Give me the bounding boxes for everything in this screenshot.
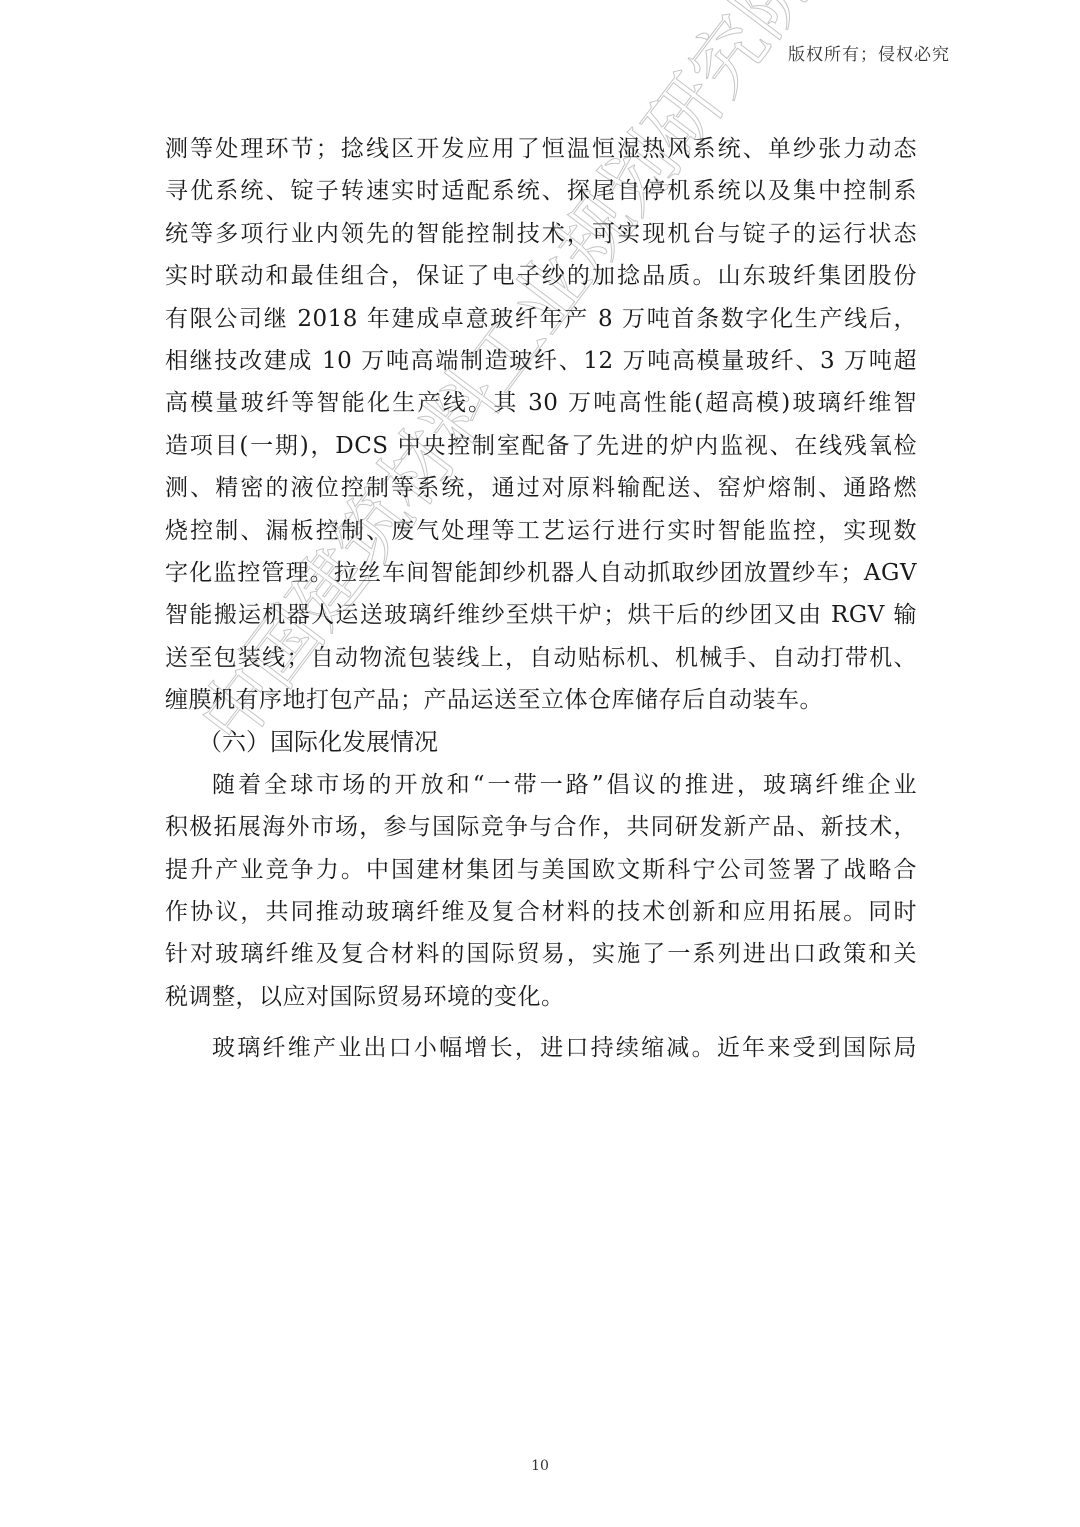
text-line: 送至包装线；自动物流包装线上，自动贴标机、机械手、自动打带机、 [165,637,917,679]
section-heading: （六）国际化发展情况 [165,721,917,763]
text-line: 高模量玻纤等智能化生产线。其 30 万吨高性能(超高模)玻璃纤维智 [165,382,917,424]
copyright-header: 版权所有；侵权必究 [788,40,950,65]
text-line: 智能搬运机器人运送玻璃纤维纱至烘干炉；烘干后的纱团又由 RGV 输 [165,594,917,636]
text-line: 烧控制、漏板控制、废气处理等工艺运行进行实时智能监控，实现数 [165,510,917,552]
text-line: 寻优系统、锭子转速实时适配系统、探尾自停机系统以及集中控制系 [165,170,917,212]
text-line: 测、精密的液位控制等系统，通过对原料输配送、窑炉熔制、通路燃 [165,467,917,509]
paragraph-internationalization: 随着全球市场的开放和“一带一路”倡议的推进，玻璃纤维企业 积极拓展海外市场，参与… [165,764,917,1018]
paragraph-trade: 玻璃纤维产业出口小幅增长，进口持续缩减。近年来受到国际局 [165,1027,917,1069]
text-line: 作协议，共同推动玻璃纤维及复合材料的技术创新和应用拓展。同时 [165,891,917,933]
document-body: 测等处理环节；捻线区开发应用了恒温恒湿热风系统、单纱张力动态 寻优系统、锭子转速… [165,128,917,1070]
text-line: 玻璃纤维产业出口小幅增长，进口持续缩减。近年来受到国际局 [165,1027,917,1069]
text-line: 税调整，以应对国际贸易环境的变化。 [165,976,917,1018]
text-line: 积极拓展海外市场，参与国际竞争与合作，共同研发新产品、新技术， [165,806,917,848]
page-number: 10 [0,1458,1080,1474]
text-line: 相继技改建成 10 万吨高端制造玻纤、12 万吨高模量玻纤、3 万吨超 [165,340,917,382]
text-line: 测等处理环节；捻线区开发应用了恒温恒湿热风系统、单纱张力动态 [165,128,917,170]
text-line: 有限公司继 2018 年建成卓意玻纤年产 8 万吨首条数字化生产线后， [165,298,917,340]
text-line: 造项目(一期)，DCS 中央控制室配备了先进的炉内监视、在线残氧检 [165,425,917,467]
paragraph-digital-production: 测等处理环节；捻线区开发应用了恒温恒湿热风系统、单纱张力动态 寻优系统、锭子转速… [165,128,917,721]
text-line: 针对玻璃纤维及复合材料的国际贸易，实施了一系列进出口政策和关 [165,933,917,975]
text-line: 统等多项行业内领先的智能控制技术，可实现机台与锭子的运行状态 [165,213,917,255]
text-line: 实时联动和最佳组合，保证了电子纱的加捻品质。山东玻纤集团股份 [165,255,917,297]
text-line: 缠膜机有序地打包产品；产品运送至立体仓库储存后自动装车。 [165,679,917,721]
text-line: 提升产业竞争力。中国建材集团与美国欧文斯科宁公司签署了战略合 [165,849,917,891]
text-line: 字化监控管理。拉丝车间智能卸纱机器人自动抓取纱团放置纱车；AGV [165,552,917,594]
text-line: 随着全球市场的开放和“一带一路”倡议的推进，玻璃纤维企业 [165,764,917,806]
